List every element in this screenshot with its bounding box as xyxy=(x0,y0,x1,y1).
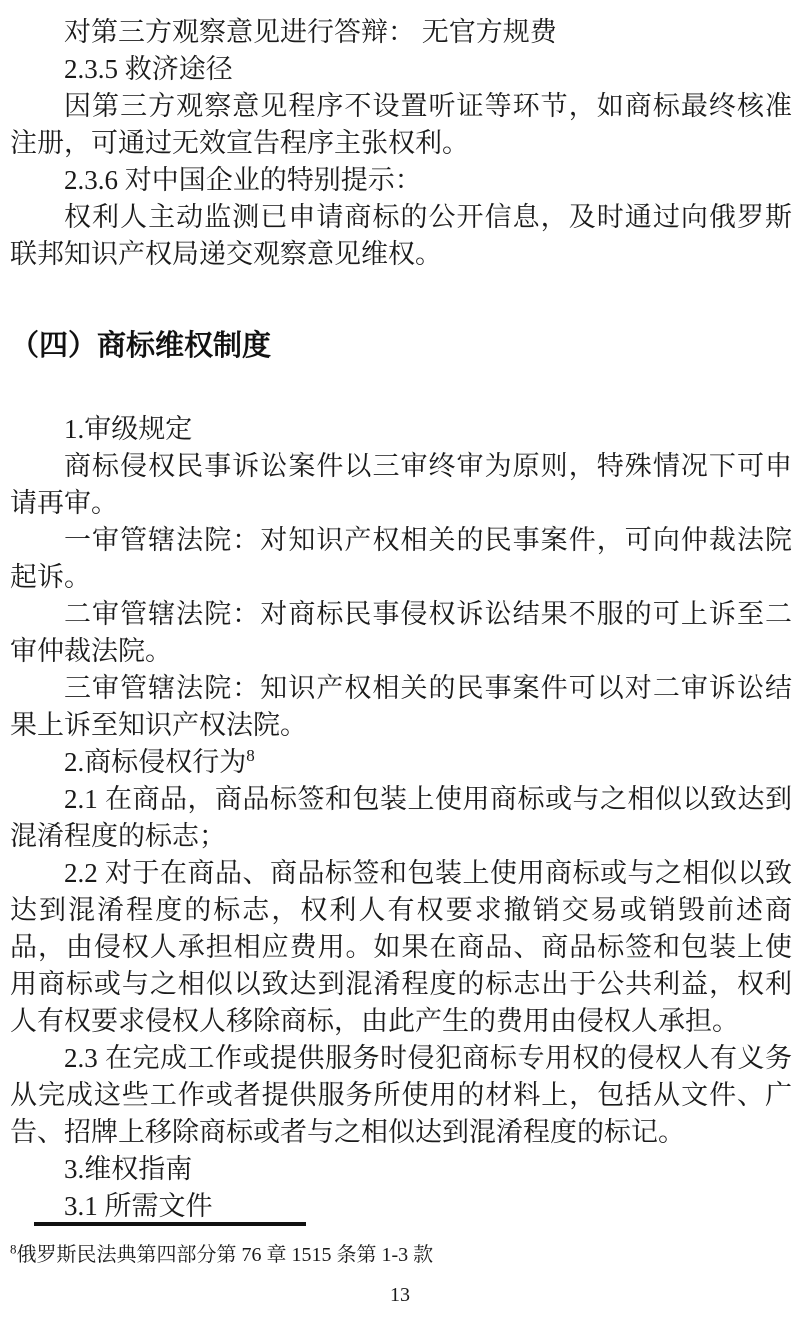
page-number: 13 xyxy=(0,1284,800,1307)
document-body: 对第三方观察意见进行答辩： 无官方规费 2.3.5 救济途径 因第三方观察意见程… xyxy=(0,0,800,1225)
section-heading-trademark-enforcement: （四）商标维权制度 xyxy=(10,325,792,367)
paragraph-first-instance: 一审管辖法院：对知识产权相关的民事案件，可向仲裁法院起诉。 xyxy=(10,522,792,596)
footnote-area: 8俄罗斯民法典第四部分第 76 章 1515 条第 1-3 款 xyxy=(10,1222,790,1268)
paragraph-2-1: 2.1 在商品，商品标签和包装上使用商标或与之相似以致达到混淆程度的标志； xyxy=(10,781,792,855)
paragraph-reply-fee: 对第三方观察意见进行答辩： 无官方规费 xyxy=(10,14,792,51)
footnote-text: 8俄罗斯民法典第四部分第 76 章 1515 条第 1-3 款 xyxy=(10,1242,790,1268)
footnote-divider xyxy=(34,1222,306,1226)
paragraph-trial-levels: 商标侵权民事诉讼案件以三审终审为原则，特殊情况下可申请再审。 xyxy=(10,448,792,522)
paragraph-2-title-text: 2.商标侵权行为 xyxy=(64,747,246,777)
paragraph-remedy: 因第三方观察意见程序不设置听证等环节，如商标最终核准注册，可通过无效宣告程序主张… xyxy=(10,88,792,162)
paragraph-third-instance: 三审管辖法院：知识产权相关的民事案件可以对二审诉讼结果上诉至知识产权法院。 xyxy=(10,670,792,744)
paragraph-second-instance: 二审管辖法院：对商标民事侵权诉讼结果不服的可上诉至二审仲裁法院。 xyxy=(10,596,792,670)
footnote-reference-8: 8 xyxy=(246,746,255,765)
paragraph-2-3-6-title: 2.3.6 对中国企业的特别提示： xyxy=(10,162,792,199)
paragraph-2-3: 2.3 在完成工作或提供服务时侵犯商标专用权的侵权人有义务从完成这些工作或者提供… xyxy=(10,1040,792,1151)
paragraph-china-tip: 权利人主动监测已申请商标的公开信息，及时通过向俄罗斯联邦知识产权局递交观察意见维… xyxy=(10,199,792,273)
paragraph-3-title: 3.维权指南 xyxy=(10,1151,792,1188)
paragraph-1-title: 1.审级规定 xyxy=(10,411,792,448)
paragraph-2-2: 2.2 对于在商品、商品标签和包装上使用商标或与之相似以致达到混淆程度的标志，权… xyxy=(10,855,792,1040)
paragraph-2-title-with-footnote: 2.商标侵权行为8 xyxy=(10,744,792,781)
paragraph-3-1-title: 3.1 所需文件 xyxy=(10,1188,792,1225)
document-page: 对第三方观察意见进行答辩： 无官方规费 2.3.5 救济途径 因第三方观察意见程… xyxy=(0,0,800,1330)
footnote-body: 俄罗斯民法典第四部分第 76 章 1515 条第 1-3 款 xyxy=(17,1244,434,1266)
paragraph-2-3-5-title: 2.3.5 救济途径 xyxy=(10,51,792,88)
